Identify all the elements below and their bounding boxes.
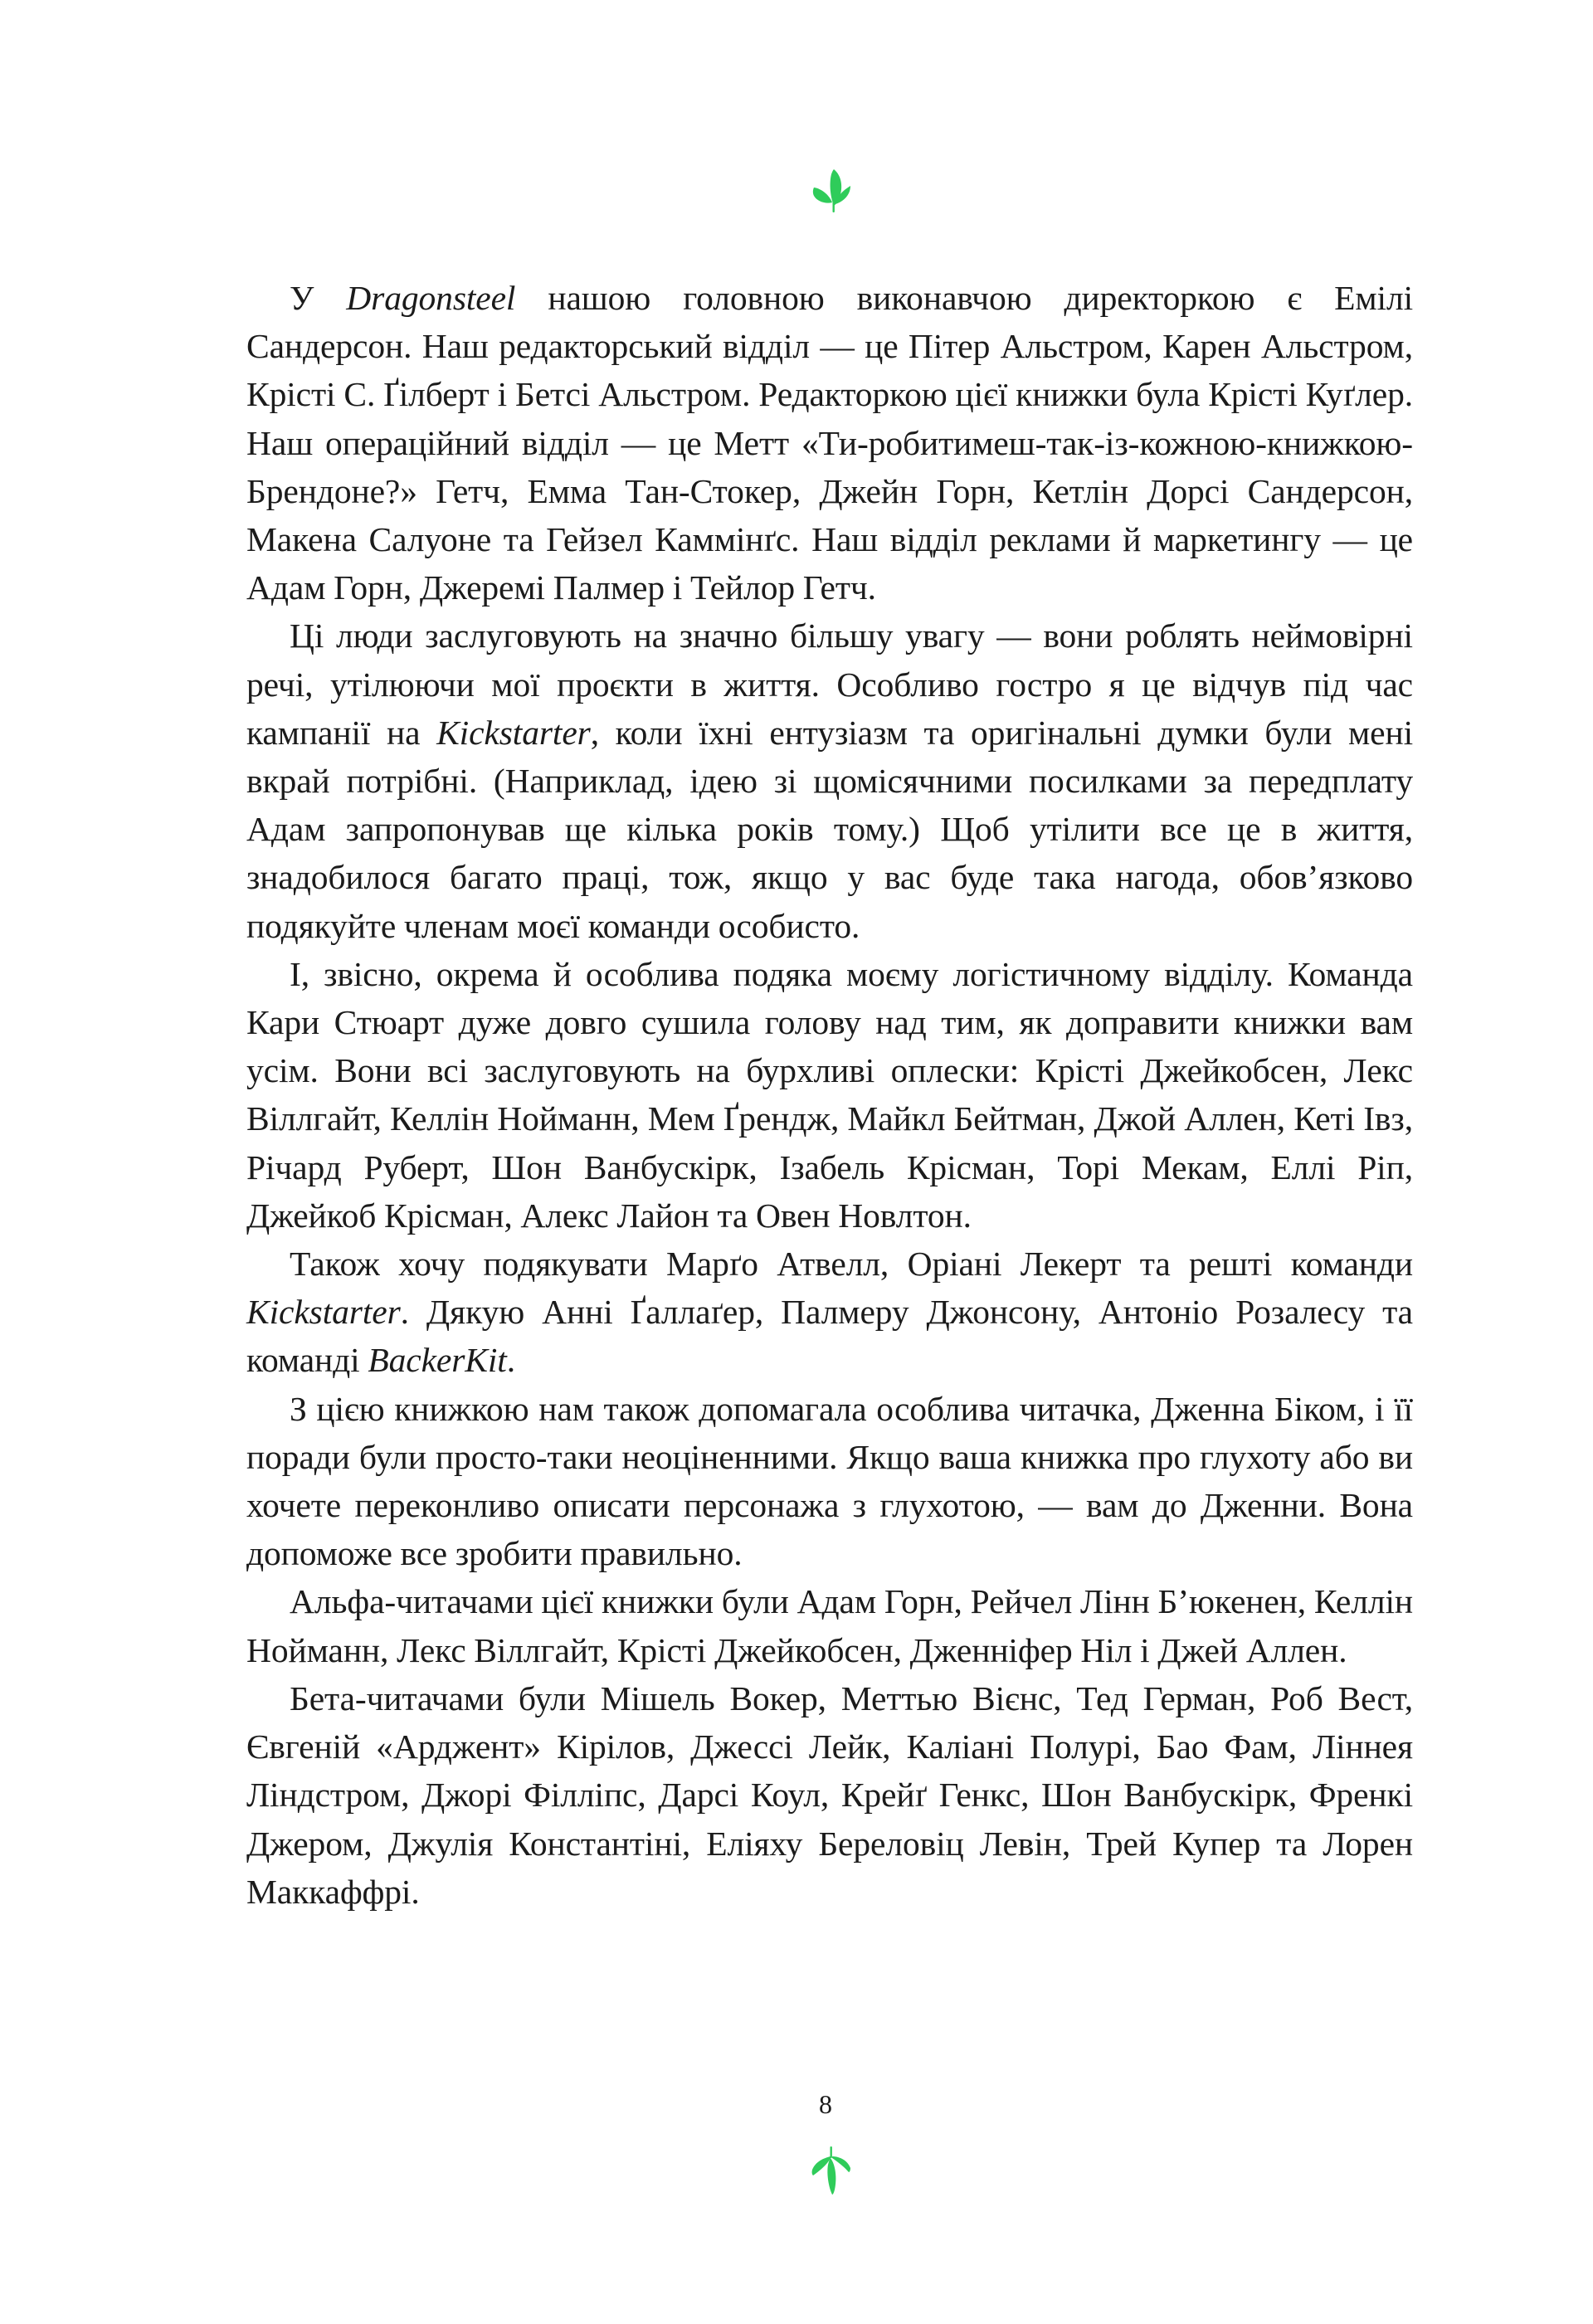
paragraph: І, звісно, окрема й особлива подяка моєм… xyxy=(246,950,1413,1240)
page-number: 8 xyxy=(0,2088,1593,2121)
book-page: У Dragonsteel нашою головною виконавчою … xyxy=(0,0,1593,2324)
text-run: У xyxy=(290,279,346,317)
text-run: З цією книжкою нам також допомагала особ… xyxy=(246,1390,1413,1573)
paragraph: Бета-читачами були Мішель Вокер, Меттью … xyxy=(246,1674,1413,1916)
text-run: Бета-читачами були Мішель Вокер, Меттью … xyxy=(246,1679,1413,1911)
paragraph: Також хочу подякувати Марґо Атвелл, Оріа… xyxy=(246,1240,1413,1385)
italic-term: Dragonsteel xyxy=(346,279,515,317)
italic-term: Kickstarter xyxy=(436,714,591,752)
paragraph: У Dragonsteel нашою головною виконавчою … xyxy=(246,274,1413,611)
paragraph: Альфа-читачами цієї книжки були Адам Гор… xyxy=(246,1577,1413,1674)
paragraph: З цією книжкою нам також допомагала особ… xyxy=(246,1385,1413,1578)
paragraph: Ці люди заслуговують на значно більшу ув… xyxy=(246,611,1413,949)
text-run: нашою головною виконавчою директоркою є … xyxy=(246,279,1413,607)
text-run: І, звісно, окрема й особлива подяка моєм… xyxy=(246,955,1413,1235)
sprout-up-icon xyxy=(809,166,855,216)
sprout-down-icon xyxy=(807,2145,854,2196)
text-run: Альфа-читачами цієї книжки були Адам Гор… xyxy=(246,1582,1413,1669)
body-text: У Dragonsteel нашою головною виконавчою … xyxy=(246,274,1413,1916)
text-run: . xyxy=(507,1341,515,1379)
italic-term: BackerKit xyxy=(368,1341,506,1379)
italic-term: Kickstarter xyxy=(246,1293,401,1331)
text-run: Також хочу подякувати Марґо Атвелл, Оріа… xyxy=(290,1245,1413,1283)
